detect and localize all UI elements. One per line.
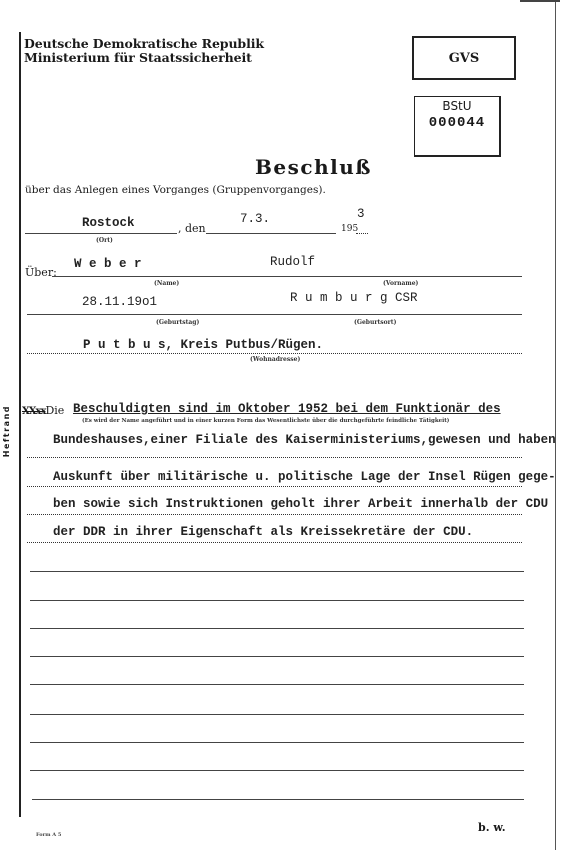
date-line (206, 233, 336, 234)
form-number: Form A 5 (36, 832, 61, 838)
body-prefix: XXxxDie (22, 404, 64, 417)
document-subtitle: über das Anlegen eines Vorganges (Gruppe… (25, 184, 326, 196)
empty-rule (30, 714, 524, 715)
body-instruction: (Es wird der Name angeführt und in einer… (82, 418, 449, 424)
body-line-2: Bundeshauses,einer Filiale des Kaisermin… (53, 433, 556, 447)
surname-caption: (Name) (154, 280, 179, 287)
first-name-caption: (Vorname) (383, 280, 418, 287)
header-line-ministry: Ministerium für Staatssicherheit (24, 51, 264, 65)
body-line-4: ben sowie sich Instruktionen geholt ihre… (53, 497, 548, 511)
binding-margin-label: Heftrand (2, 405, 11, 457)
empty-rule (30, 628, 524, 629)
empty-rule (30, 656, 524, 657)
body-line-5: der DDR in ihrer Eigenschaft als Kreisse… (53, 525, 473, 539)
surname-value: W e b e r (74, 257, 142, 271)
archive-label: BStU (415, 99, 499, 113)
continue-note: b. w. (478, 821, 506, 834)
body-rule-3 (27, 486, 522, 487)
empty-rule (32, 799, 524, 800)
body-line-3: Auskunft über militärische u. politische… (53, 470, 556, 484)
den-label: , den (178, 222, 206, 235)
archive-number: 000044 (415, 115, 499, 131)
first-name-value: Rudolf (270, 255, 315, 269)
classification-stamp: GVS (412, 36, 516, 80)
empty-rule (30, 571, 524, 572)
place-caption: (Ort) (96, 237, 113, 244)
subject-label: Über: (25, 266, 57, 279)
address-value: P u t b u s, Kreis Putbus/Rügen. (83, 338, 323, 352)
top-edge-mark (520, 0, 560, 2)
name-line (52, 276, 522, 277)
classification-text: GVS (449, 51, 480, 66)
birth-line (27, 314, 522, 315)
die-label: Die (45, 404, 64, 417)
archive-stamp: BStU 000044 (414, 96, 501, 157)
birth-date-caption: (Geburtstag) (156, 319, 199, 326)
document-title: Beschluß (0, 155, 577, 179)
year-line (356, 233, 368, 234)
body-line-1: Beschuldigten sind im Oktober 1952 bei d… (73, 402, 501, 416)
body-rule-2 (27, 457, 522, 458)
birth-place-value: R u m b u r g CSR (290, 291, 418, 305)
address-caption: (Wohnadresse) (250, 356, 300, 363)
empty-rule (30, 600, 524, 601)
place-value: Rostock (82, 216, 135, 230)
place-line (25, 233, 177, 234)
header-line-country: Deutsche Demokratische Republik (24, 37, 264, 51)
body-rule-4 (27, 514, 522, 515)
empty-rule (30, 770, 524, 771)
issuing-authority: Deutsche Demokratische Republik Minister… (24, 37, 264, 65)
right-edge-rule (555, 0, 556, 850)
body-rule-5 (27, 542, 522, 543)
struck-prefix: XXxx (22, 406, 45, 417)
empty-rule (30, 742, 524, 743)
year-suffix: 3 (357, 207, 365, 221)
date-value: 7.3. (240, 212, 270, 226)
birth-place-caption: (Geburtsort) (354, 319, 396, 326)
left-margin-rule (19, 32, 21, 817)
empty-rule (30, 684, 524, 685)
address-line (27, 353, 522, 354)
birth-date-value: 28.11.19o1 (82, 295, 157, 309)
